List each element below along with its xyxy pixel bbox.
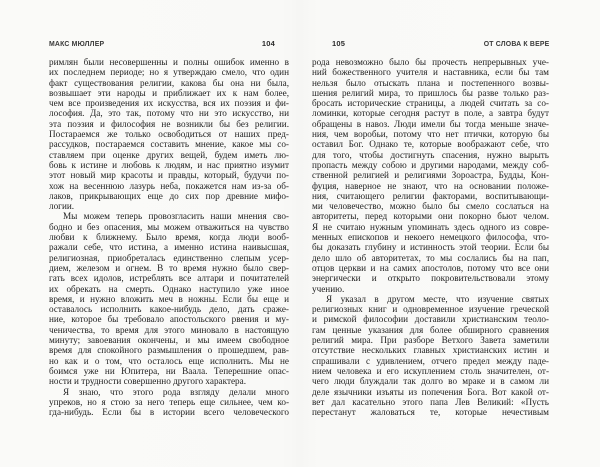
text-line: дием, железом и огнем. В то время нужно … [49, 263, 289, 273]
page-text-right: рода невозможно было бы прочесть непреры… [312, 57, 549, 417]
text-line: но как и о том, что осталось еще исполни… [49, 356, 289, 366]
text-line: этот новый мир красоты и правды, который… [49, 170, 289, 180]
running-head-title: МАКС МЮЛЛЕР [49, 39, 104, 48]
text-line: ности и трудности совершенно другого хар… [49, 376, 289, 386]
text-line: минуту; завоевания окончены, и мы имеем … [49, 335, 289, 345]
text-line: Я указал в другом месте, что изучение св… [312, 294, 549, 304]
text-line: дело шло об авторитетах, то мы сослались… [312, 253, 549, 263]
text-line: спрашивали с удивлением, отчего предел м… [312, 356, 549, 366]
text-line: гам ценные указания для более обширного … [312, 325, 549, 335]
text-line: менных епископов и некоего немецкого фил… [312, 232, 549, 242]
text-line: ражали себе, что истина, а именно истина… [49, 242, 289, 252]
text-line: нием человека и его искуплением столь зн… [312, 366, 549, 376]
text-line: эта поэзия и философия не возникли бы бе… [49, 119, 289, 129]
text-line: лософия. Да, это так, потому что ни это … [49, 108, 289, 118]
text-line: боимся уже ни Юпитера, ни Ваала. Тепереш… [49, 366, 289, 376]
text-line: рода невозможно было бы прочесть непреры… [312, 57, 549, 67]
text-line: бодно и без опасения, мы можем отважитьс… [49, 222, 289, 232]
text-line: обращены в навоз. Люди имели бы тогда ме… [312, 119, 549, 129]
text-line: для того, чтобы достигнуть спасения, нуж… [312, 150, 549, 160]
text-line: их обрекать на смерть. Однако наступило … [49, 284, 289, 294]
text-line: религиозных книг и одновременное изучени… [312, 304, 549, 314]
text-line: Я не считаю нужным упоминать здесь одног… [312, 222, 549, 232]
text-line: хож на весеннюю лазурь неба, покажется н… [49, 181, 289, 191]
text-line: оставил Бог. Однако те, которые вообража… [312, 139, 549, 149]
text-line: учению. [312, 284, 549, 294]
text-line: лаков, прикрывающих еще до сих пор древн… [49, 191, 289, 201]
running-head-title: ОТ СЛОВА К ВЕРЕ [483, 39, 549, 48]
page-number-left: 104 [262, 39, 275, 48]
text-line: логии. [49, 201, 289, 211]
text-line: пропасть между собою и другими народами,… [312, 160, 549, 170]
text-line: шения религий мира, то пришлось бы разве… [312, 88, 549, 98]
text-line: любви к ближнему. Было время, когда люди… [49, 232, 289, 242]
text-line: Мы можем теперь провозгласить наши мнени… [49, 211, 289, 221]
text-line: ние, которое бы требовало апостольского … [49, 314, 289, 324]
text-line: римлян были несовершенны и полны ошибок … [49, 57, 289, 67]
text-line: ченичества, то время для этого миновало … [49, 325, 289, 335]
text-line: ния, считающего религии факторами, воспи… [312, 191, 549, 201]
text-line: их последнем периоде; но я утверждаю сме… [49, 67, 289, 77]
text-line: деле язычники изъяты из попечения Бога. … [312, 387, 549, 397]
text-line: вет дал касательно этого папа Лев Велики… [312, 397, 549, 407]
book-spread: МАКС МЮЛЛЕР 104 римлян были несовершенны… [0, 0, 600, 467]
text-line: бросать исторические страницы, а людей с… [312, 98, 549, 108]
text-line: гать всех идолов, истреблять все алтари … [49, 273, 289, 283]
text-line: отсутствие нескольких главных христианск… [312, 345, 549, 355]
text-line: время для спокойного размышления о проше… [49, 345, 289, 355]
text-line: ственной религией и религиями Зороастра,… [312, 170, 549, 180]
text-line: оставалось исполнить какое-нибудь дело, … [49, 304, 289, 314]
page-right: 105 ОТ СЛОВА К ВЕРЕ рода невозможно было… [312, 39, 549, 417]
text-line: рассудков, постараемся составить мнение,… [49, 139, 289, 149]
text-line: чего люди блуждали так долго во мраке и … [312, 376, 549, 386]
text-line: бы доказать глубину и истинность этой те… [312, 242, 549, 252]
running-head-right: 105 ОТ СЛОВА К ВЕРЕ [312, 39, 549, 47]
text-line: ний божественного учителя и наставника, … [312, 67, 549, 77]
running-head-left: МАКС МЮЛЛЕР 104 [49, 39, 289, 47]
text-line: гда-нибудь. Если бы в истории всего чело… [49, 407, 289, 417]
page-number-right: 105 [332, 39, 345, 48]
text-line: ставляем при оценке других вещей, будем … [49, 150, 289, 160]
text-line: нельзя было отыскать плана и постепенног… [312, 78, 549, 88]
text-line: ми человечество, можно было бы смело сос… [312, 201, 549, 211]
text-line: время, и нужно вложить меч в ножны. Если… [49, 294, 289, 304]
text-line: религий мира. При разборе Ветхого Завета… [312, 335, 549, 345]
text-line: и римской философии доставили христианск… [312, 314, 549, 324]
text-line: ния, чем воробьи, потому что нет птички,… [312, 129, 549, 139]
text-line: авторитеты, перед которыми они покорно б… [312, 211, 549, 221]
text-line: отцов церкви и на самих апостолов, потом… [312, 263, 549, 273]
text-line: перестанут жаловаться те, которые нечест… [312, 407, 549, 417]
text-line: упреков, но я стою за него теперь еще си… [49, 397, 289, 407]
text-line: религиозная, приобреталась единственно с… [49, 253, 289, 263]
text-line: возвышает эти народы и приближает их к н… [49, 88, 289, 98]
page-left: МАКС МЮЛЛЕР 104 римлян были несовершенны… [49, 39, 289, 417]
text-line: Постараемся же только освободиться от на… [49, 129, 289, 139]
page-text-left: римлян были несовершенны и полны ошибок … [49, 57, 289, 417]
text-line: Я знаю, что этого рода взгляду делали мн… [49, 387, 289, 397]
text-line: бовь к истине и любовь к людям, и нас пр… [49, 160, 289, 170]
text-line: энергически и открыто покровительствовал… [312, 273, 549, 283]
text-line: факт существования религии, какова бы он… [49, 78, 289, 88]
text-line: ломинки, которые сегодня растут в поле, … [312, 108, 549, 118]
text-line: чем все произведения их искусства, вся и… [49, 98, 289, 108]
text-line: фуция, наверное не знают, что на основан… [312, 181, 549, 191]
